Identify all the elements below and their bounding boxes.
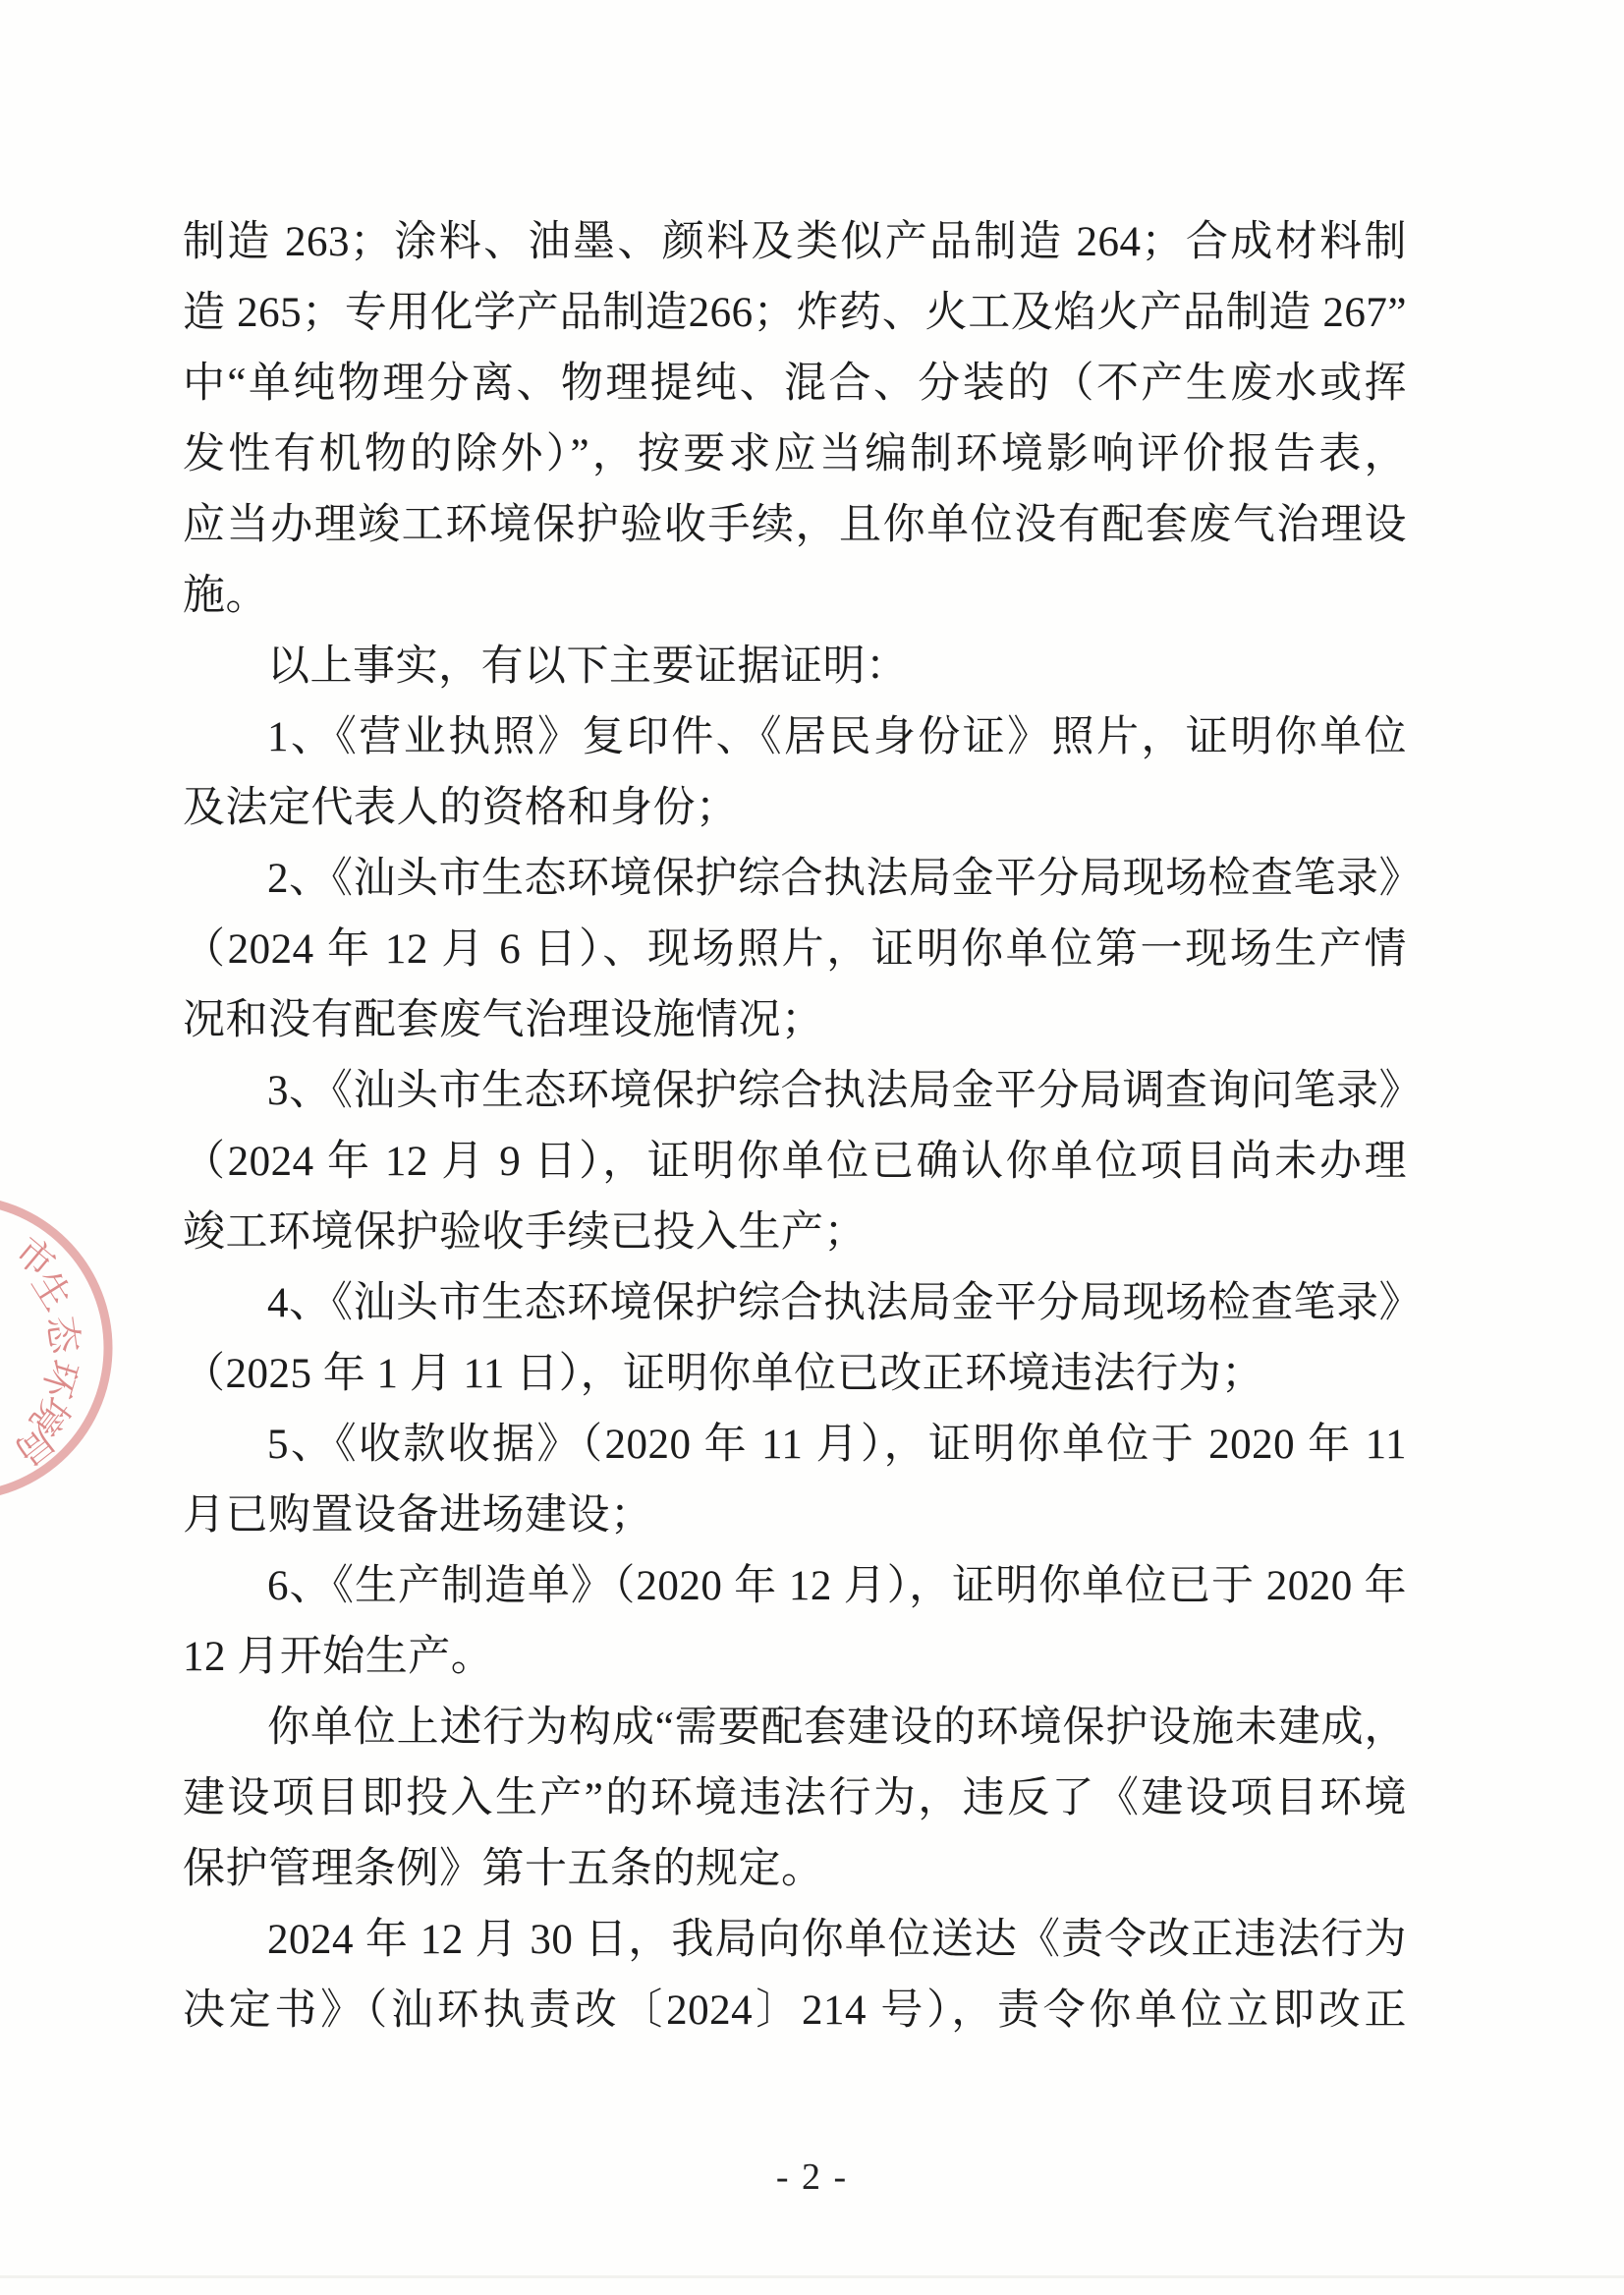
text-line: 6、《生产制造单》（2020 年 12 月），证明你单位已于 2020 年	[183, 1551, 1407, 1622]
document-page: 市 生 态 环 境 局 制造 263；涂料、油墨、颜料及类似产品制造 264；合…	[0, 0, 1624, 2295]
seal-ring	[0, 1200, 108, 1496]
text-line: 决定书》（汕环执责改〔2024〕214 号），责令你单位立即改正	[183, 1976, 1407, 2046]
text-line: 你单位上述行为构成“需要配套建设的环境保护设施未建成，	[183, 1693, 1407, 1763]
text-line: 5、《收款收据》（2020 年 11 月），证明你单位于 2020 年 11	[183, 1410, 1407, 1481]
text-line: （2024 年 12 月 6 日）、现场照片，证明你单位第一现场生产情	[183, 915, 1407, 985]
text-line: 应当办理竣工环境保护验收手续，且你单位没有配套废气治理设	[183, 490, 1407, 561]
text-line: 况和没有配套废气治理设施情况；	[183, 985, 1407, 1056]
text-line: 3、《汕头市生态环境保护综合执法局金平分局调查询问笔录》	[183, 1056, 1407, 1127]
seal-glyph: 局	[7, 1417, 62, 1473]
page-number: - 2 -	[0, 2155, 1624, 2199]
text-line: 制造 263；涂料、油墨、颜料及类似产品制造 264；合成材料制	[183, 207, 1407, 278]
text-line: 保护管理条例》第十五条的规定。	[183, 1834, 1407, 1905]
text-line: 1、《营业执照》复印件、《居民身份证》照片，证明你单位	[183, 702, 1407, 773]
text-line: 发性有机物的除外）”，按要求应当编制环境影响评价报告表，	[183, 420, 1407, 490]
text-line: 造 265；专用化学产品制造266；炸药、火工及焰火产品制造 267”	[183, 278, 1407, 349]
seal-glyph: 环	[33, 1355, 84, 1404]
text-line: 月已购置设备进场建设；	[183, 1481, 1407, 1551]
text-line: 建设项目即投入生产”的环境违法行为，违反了《建设项目环境	[183, 1763, 1407, 1834]
text-line: 中“单纯物理分离、物理提纯、混合、分装的（不产生废水或挥	[183, 349, 1407, 420]
scan-edge-line	[0, 2275, 1624, 2278]
text-line: 12 月开始生产。	[183, 1622, 1407, 1693]
seal-glyph: 境	[21, 1387, 76, 1442]
text-line: （2024 年 12 月 9 日），证明你单位已确认你单位项目尚未办理	[183, 1127, 1407, 1198]
text-line: 施。	[183, 561, 1407, 632]
document-text: 制造 263；涂料、油墨、颜料及类似产品制造 264；合成材料制 造 265；专…	[183, 207, 1407, 2046]
text-line: 4、《汕头市生态环境保护综合执法局金平分局现场检查笔录》	[183, 1268, 1407, 1339]
seal-glyph: 生	[24, 1264, 79, 1317]
seal-glyph: 市	[7, 1230, 62, 1286]
text-line: 2024 年 12 月 30 日，我局向你单位送达《责令改正违法行为	[183, 1905, 1407, 1976]
text-line: 竣工环境保护验收手续已投入生产；	[183, 1198, 1407, 1268]
text-line: （2025 年 1 月 11 日），证明你单位已改正环境违法行为；	[183, 1339, 1407, 1410]
text-line: 以上事实，有以下主要证据证明：	[183, 632, 1407, 702]
seal-glyph: 态	[39, 1314, 85, 1357]
text-line: 2、《汕头市生态环境保护综合执法局金平分局现场检查笔录》	[183, 844, 1407, 915]
text-line: 及法定代表人的资格和身份；	[183, 773, 1407, 844]
